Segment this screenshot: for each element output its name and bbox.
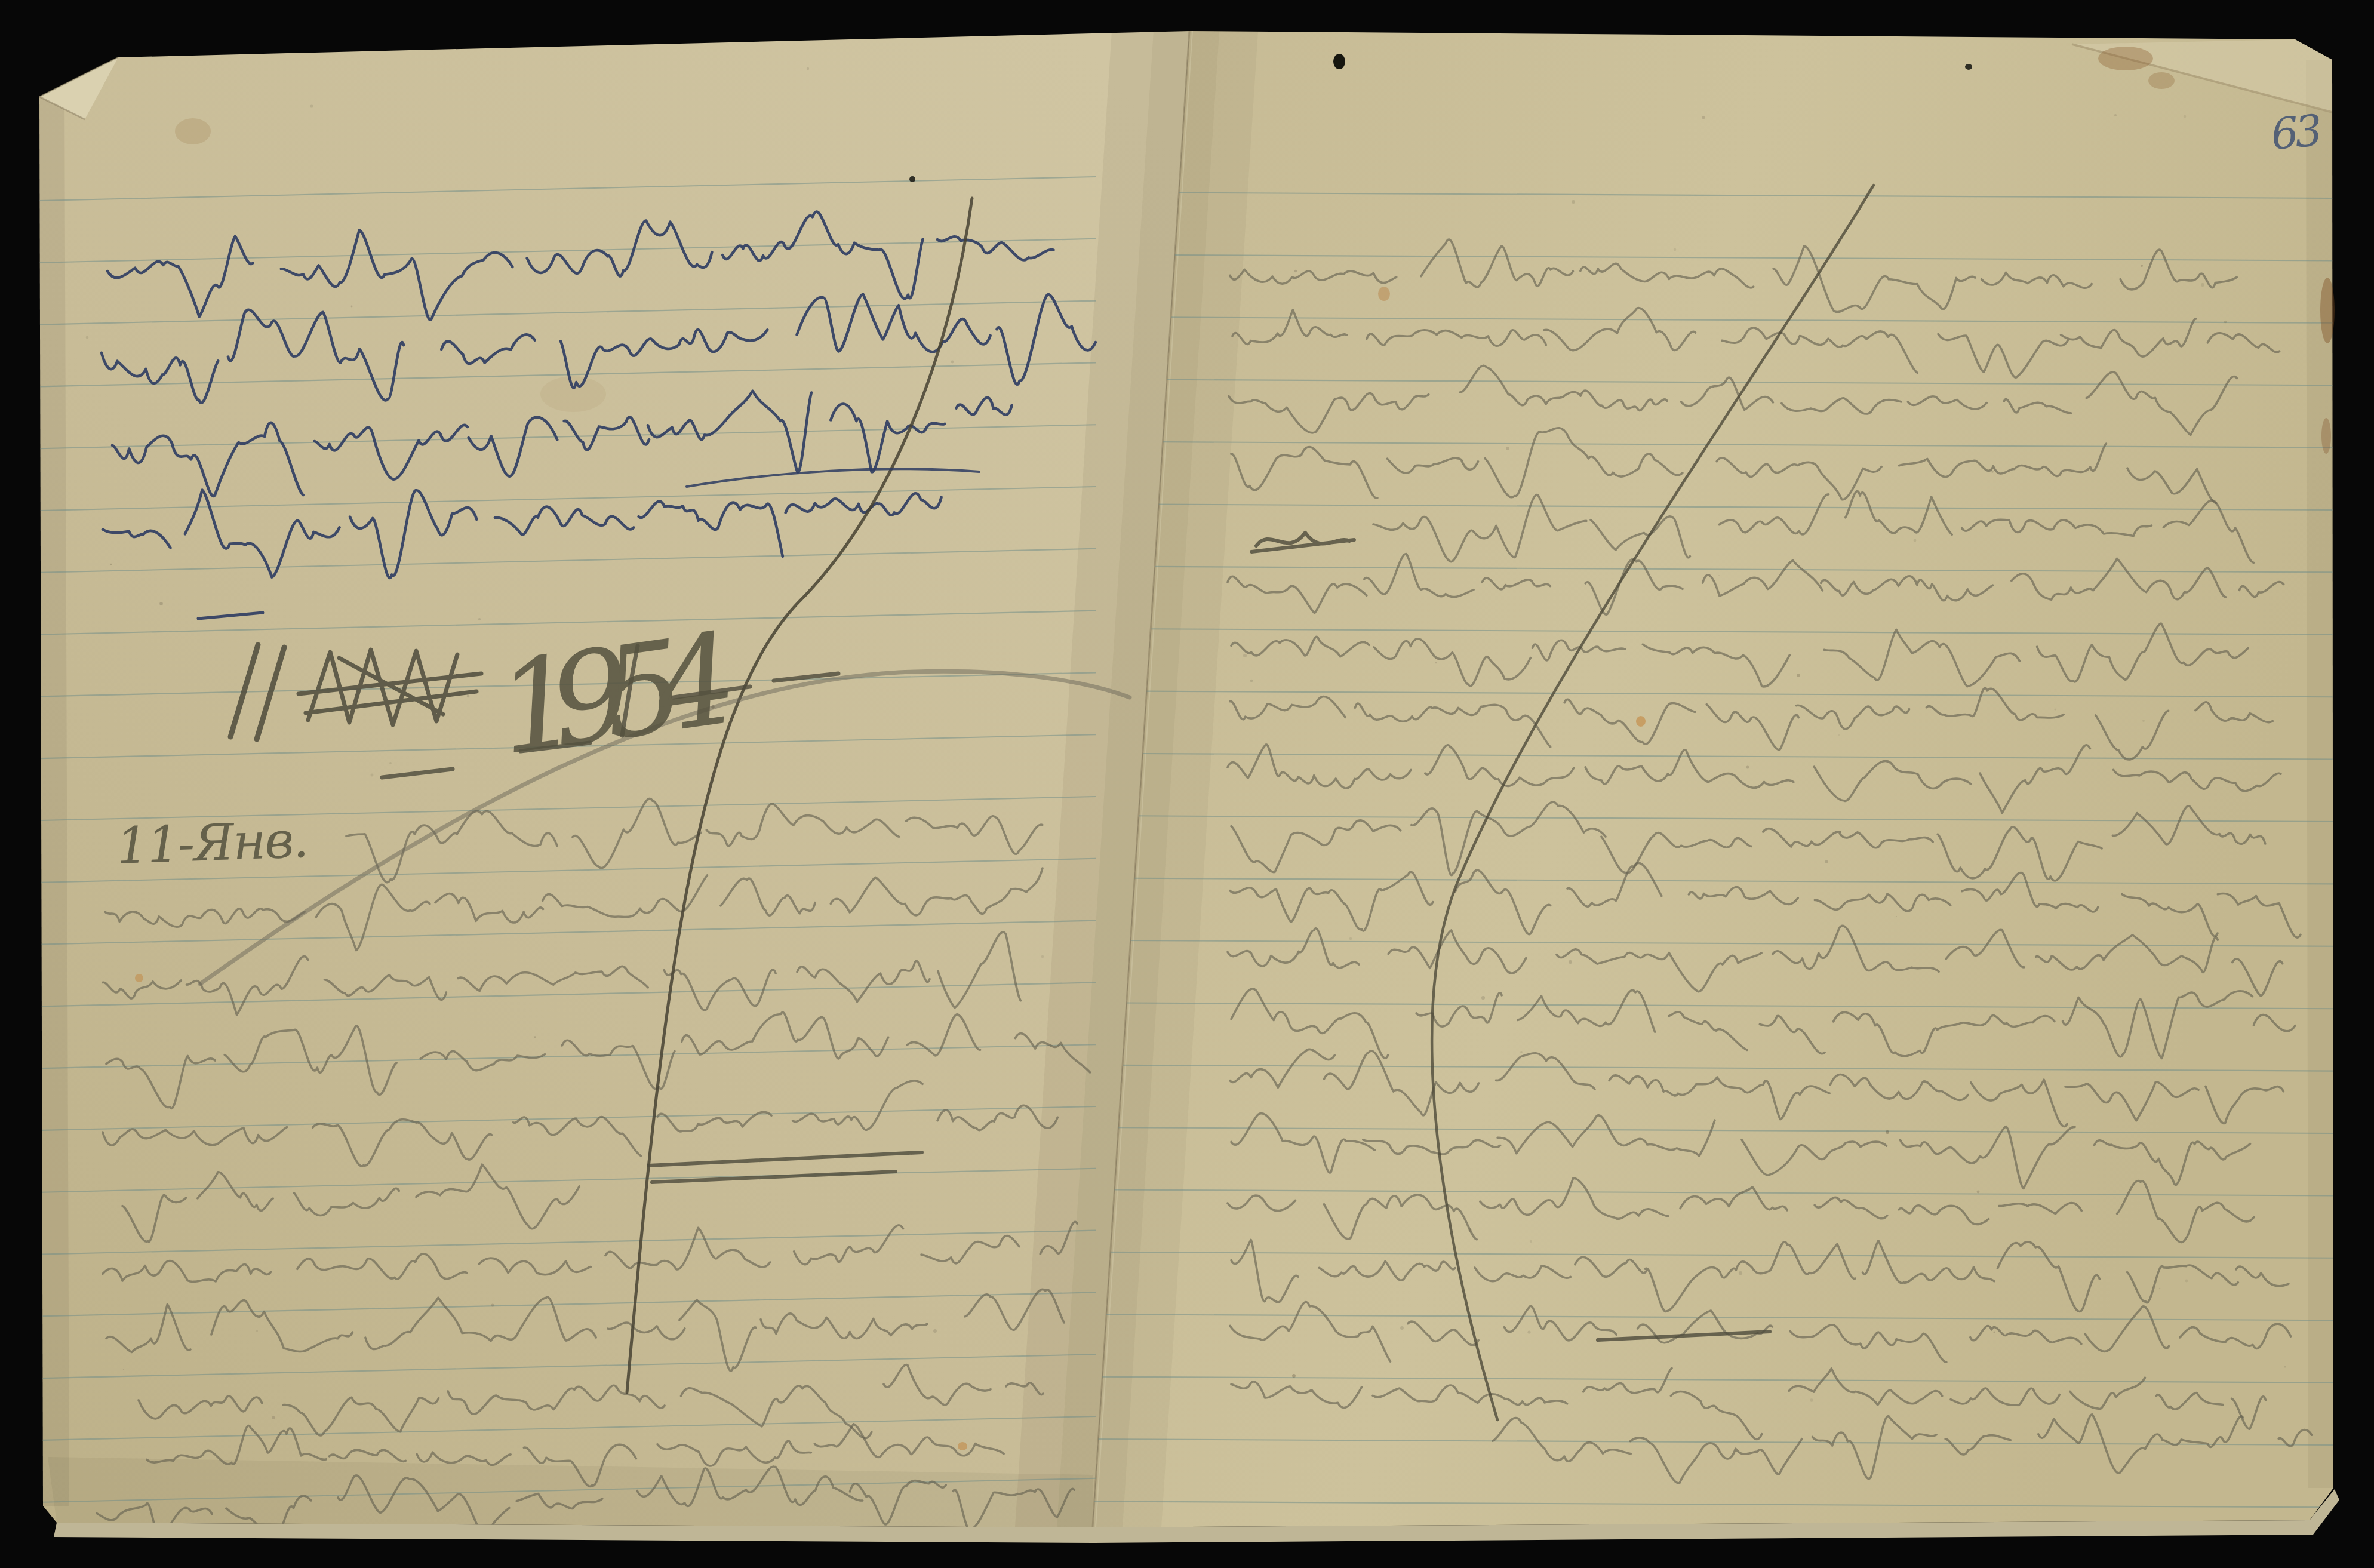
- rust-right-edge: [2320, 278, 2335, 343]
- entry-heading: 11-Янв.: [115, 810, 308, 875]
- orange-dot-bottom-center: [958, 1442, 967, 1450]
- smudge-left-top: [175, 118, 211, 144]
- scanned-notebook-spread: 63 1954 11-Янв.: [0, 0, 2374, 1568]
- paper-hole-left: [909, 176, 915, 182]
- paper-hole-right: [1965, 64, 1972, 70]
- smudge-left-mid: [540, 376, 606, 412]
- page-number: 63: [2269, 105, 2323, 159]
- smudge-right-upper: [1378, 287, 1390, 301]
- notebook-scan-svg: 63 1954 11-Янв.: [0, 0, 2374, 1568]
- brown-stain-top-right: [2098, 47, 2153, 70]
- orange-dot-left: [135, 974, 143, 982]
- ink-blot: [1333, 54, 1345, 69]
- rust-right-edge-2: [2321, 418, 2331, 454]
- brown-stain-top-right-2: [2148, 72, 2175, 89]
- orange-dot-right: [1636, 716, 1646, 727]
